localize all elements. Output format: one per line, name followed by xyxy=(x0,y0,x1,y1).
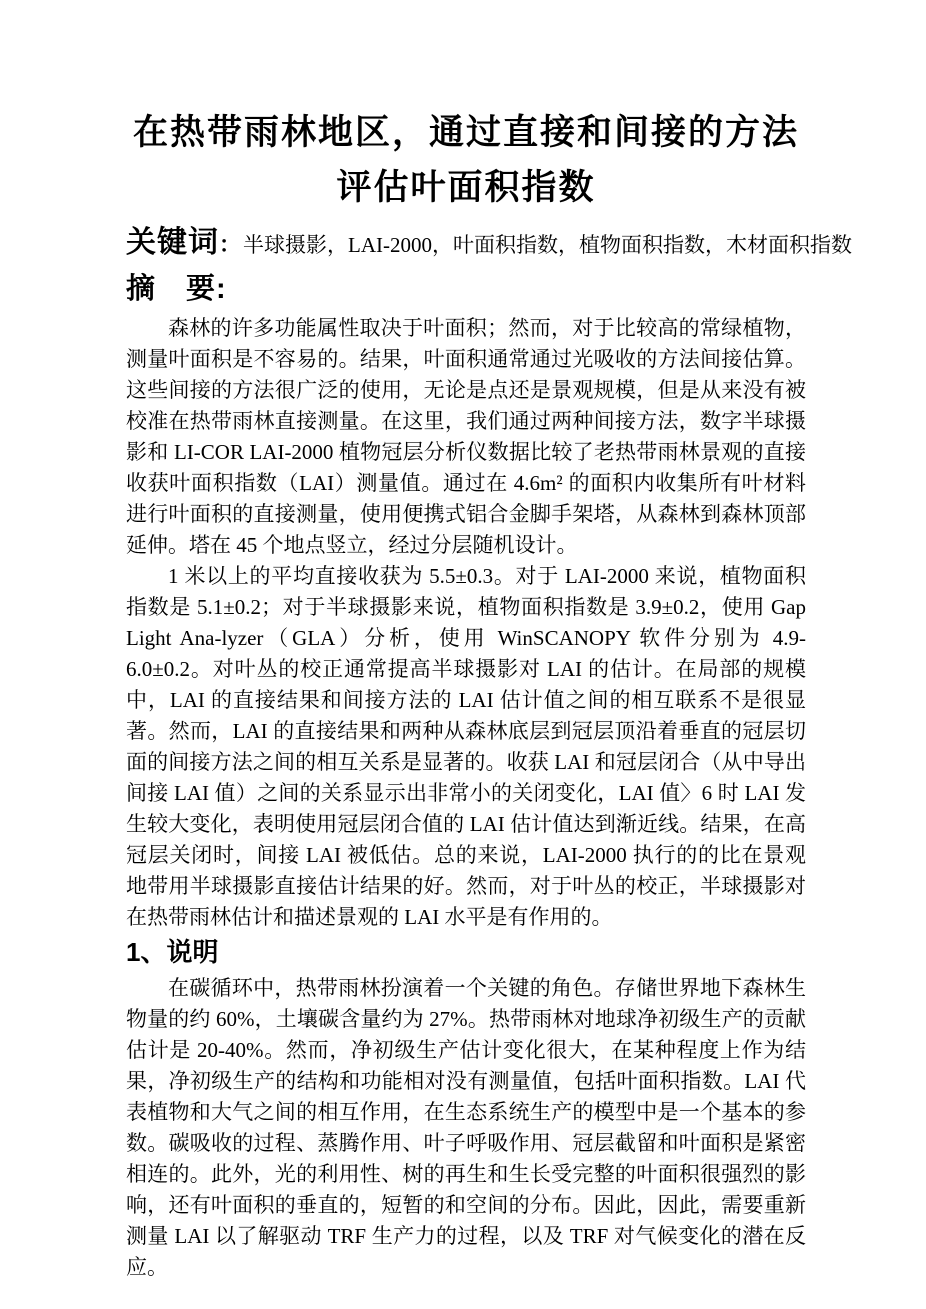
abstract-paragraph-1: 森林的许多功能属性取决于叶面积；然而，对于比较高的常绿植物，测量叶面积是不容易的… xyxy=(126,313,806,561)
section-1-paragraph: 在碳循环中，热带雨林扮演着一个关键的角色。存储世界地下森林生物量的约 60%，土… xyxy=(126,973,806,1283)
document-page: 在热带雨林地区，通过直接和间接的方法 评估叶面积指数 关键词 ： 半球摄影，LA… xyxy=(0,0,926,1309)
keywords-label: 关键词 xyxy=(126,223,219,263)
keywords-separator: ： xyxy=(219,228,241,259)
document-title: 在热带雨林地区，通过直接和间接的方法 评估叶面积指数 xyxy=(126,105,806,215)
section-1-heading: 1、说明 xyxy=(126,933,806,971)
abstract-paragraph-2: 1 米以上的平均直接收获为 5.5±0.3。对于 LAI-2000 来说，植物面… xyxy=(126,561,806,933)
keywords-row: 关键词 ： 半球摄影，LAI-2000，叶面积指数，植物面积指数，木材面积指数 xyxy=(126,223,806,263)
document-title-line2: 评估叶面积指数 xyxy=(126,160,806,215)
abstract-heading: 摘 要: xyxy=(126,269,806,309)
keywords-text: 半球摄影，LAI-2000，叶面积指数，植物面积指数，木材面积指数 xyxy=(243,230,852,261)
document-title-line1: 在热带雨林地区，通过直接和间接的方法 xyxy=(126,105,806,160)
document-content: 在热带雨林地区，通过直接和间接的方法 评估叶面积指数 关键词 ： 半球摄影，LA… xyxy=(126,0,806,1283)
